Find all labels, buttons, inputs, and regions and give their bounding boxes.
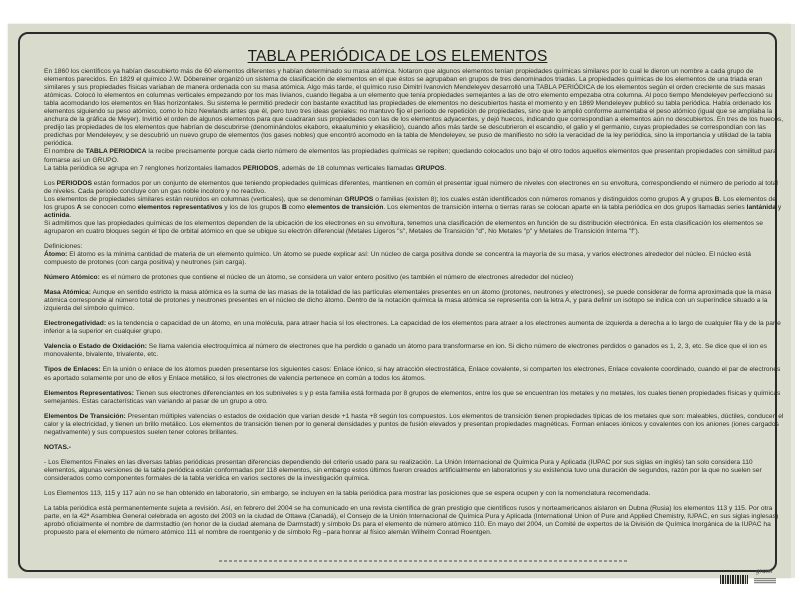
- definitions-heading: Definiciones:: [44, 243, 784, 251]
- spacer: [44, 359, 784, 366]
- notes-heading-text: NOTAS.-: [44, 444, 71, 451]
- notes-heading: NOTAS.-: [44, 444, 784, 452]
- spacer: [44, 267, 784, 274]
- definition-text: Tienen sus electrones diferenciantes en …: [44, 390, 780, 405]
- spacer: [44, 282, 784, 289]
- text: están formados por un conjunto de elemen…: [44, 180, 778, 195]
- poster-sheet: TABLA PERIÓDICA DE LOS ELEMENTOS En 1860…: [8, 24, 791, 578]
- definition-text: Aunque en sentido estricto la masa atómi…: [44, 289, 771, 312]
- groups-paragraph: Los elementos de propiedades similares e…: [44, 196, 784, 220]
- spacer: [44, 336, 784, 343]
- text: y los de los grupos: [222, 204, 281, 211]
- bold-term: TABLA PERIODICA: [86, 148, 147, 155]
- periods-paragraph: Los PERIODOS están formados por un conju…: [44, 180, 784, 196]
- bold-term: elementos representativos: [138, 204, 223, 211]
- blocks-paragraph: Si admitimos que las propiedades química…: [44, 220, 784, 236]
- text: Los elementos de propiedades similares e…: [44, 196, 344, 203]
- bold-term: lantánida: [747, 204, 776, 211]
- definition-tipos-enlaces: Tipos de Enlaces: En la unión o enlace d…: [44, 366, 784, 382]
- rows-paragraph: La tabla periódica se agrupa en 7 renglo…: [44, 165, 784, 173]
- text: , además de 18 columnas verticales llama…: [278, 165, 415, 172]
- definition-numero-atomico: Número Atómico: es el número de protones…: [44, 274, 784, 282]
- spacer: [44, 236, 784, 243]
- spacer: [44, 406, 784, 413]
- definition-text: Presentan múltiples valencias o estados …: [44, 413, 783, 436]
- barcode-icon: [720, 575, 748, 584]
- note-2: Los Elementos 113, 115 y 117 aún no se h…: [44, 490, 784, 498]
- spacer: [44, 437, 784, 444]
- definition-text: El átomo es la mínima cantidad de materi…: [44, 251, 751, 266]
- definition-elementos-transicion: Elementos De Transición: Presentan múlti…: [44, 413, 784, 437]
- bold-term: actinida: [44, 212, 69, 219]
- text: .: [444, 165, 446, 172]
- definition-term: Elementos De Transición:: [44, 413, 126, 420]
- bold-term: elementos de transición: [307, 204, 384, 211]
- text: y: [776, 204, 781, 211]
- spacer: [44, 483, 784, 490]
- text: como: [287, 204, 307, 211]
- bold-term: GRUPOS: [415, 165, 444, 172]
- spacer: [44, 452, 784, 459]
- publisher-fine-print: [219, 560, 629, 562]
- note-1: - Los Elementos Finales en las diversas …: [44, 459, 784, 483]
- spacer: [44, 498, 784, 505]
- definition-text: es el número de protones que contiene el…: [100, 274, 573, 281]
- definition-atomo: Átomo: El átomo es la mínima cantidad de…: [44, 251, 784, 267]
- text: El nombre de: [44, 148, 86, 155]
- text: . Los elementos de transición interna o …: [383, 204, 746, 211]
- definition-masa-atomica: Masa Atómica: Aunque en sentido estricto…: [44, 289, 784, 313]
- text: La tabla periódica se agrupa en 7 renglo…: [44, 165, 243, 172]
- text: se conocen como: [82, 204, 138, 211]
- definition-term: Electronegatividad:: [44, 320, 106, 327]
- document-body: En 1860 los científicos ya habían descub…: [44, 68, 784, 537]
- bold-term: GRUPOS: [344, 196, 373, 203]
- definition-text: En la unión o enlace de los átomos puede…: [44, 366, 780, 381]
- text: Los: [44, 180, 57, 187]
- bold-term: PERIODOS: [57, 180, 92, 187]
- definition-term: Átomo:: [44, 251, 67, 258]
- text: o familias (existen 8); los cuales están…: [373, 196, 680, 203]
- spacer: [44, 173, 784, 180]
- definition-valencia: Valencia o Estado de Oxidación: Se llama…: [44, 343, 784, 359]
- poster-frame: TABLA PERIÓDICA DE LOS ELEMENTOS En 1860…: [18, 32, 777, 572]
- text: .: [69, 212, 71, 219]
- spacer: [44, 383, 784, 390]
- definition-text: Se llama valencia electroquímica al núme…: [44, 343, 767, 358]
- name-paragraph: El nombre de TABLA PERIODICA la recibe p…: [44, 148, 784, 164]
- definition-term: Elementos Representativos:: [44, 390, 134, 397]
- text: la recibe precisamente porque cada ciert…: [44, 148, 777, 163]
- text: y grupos: [685, 196, 714, 203]
- definition-term: Masa Atómica:: [44, 289, 91, 296]
- definition-term: Valencia o Estado de Oxidación:: [44, 343, 147, 350]
- definition-term: Número Atómico:: [44, 274, 100, 281]
- definition-electronegatividad: Electronegatividad: es la tendencia o ca…: [44, 320, 784, 336]
- definition-text: es la tendencia o capacidad de un átomo,…: [44, 320, 781, 335]
- bold-term: PERIODOS: [243, 165, 278, 172]
- spacer: [44, 313, 784, 320]
- page-title: TABLA PERIÓDICA DE LOS ELEMENTOS: [20, 48, 775, 66]
- note-3: La tabla periódica está permanentemente …: [44, 505, 784, 537]
- definition-term: Tipos de Enlaces:: [44, 366, 101, 373]
- intro-paragraph: En 1860 los científicos ya habían descub…: [44, 68, 784, 148]
- publisher-badge-icon: [754, 578, 776, 584]
- publisher-logo: grami: [756, 567, 773, 575]
- definition-elementos-representativos: Elementos Representativos: Tienen sus el…: [44, 390, 784, 406]
